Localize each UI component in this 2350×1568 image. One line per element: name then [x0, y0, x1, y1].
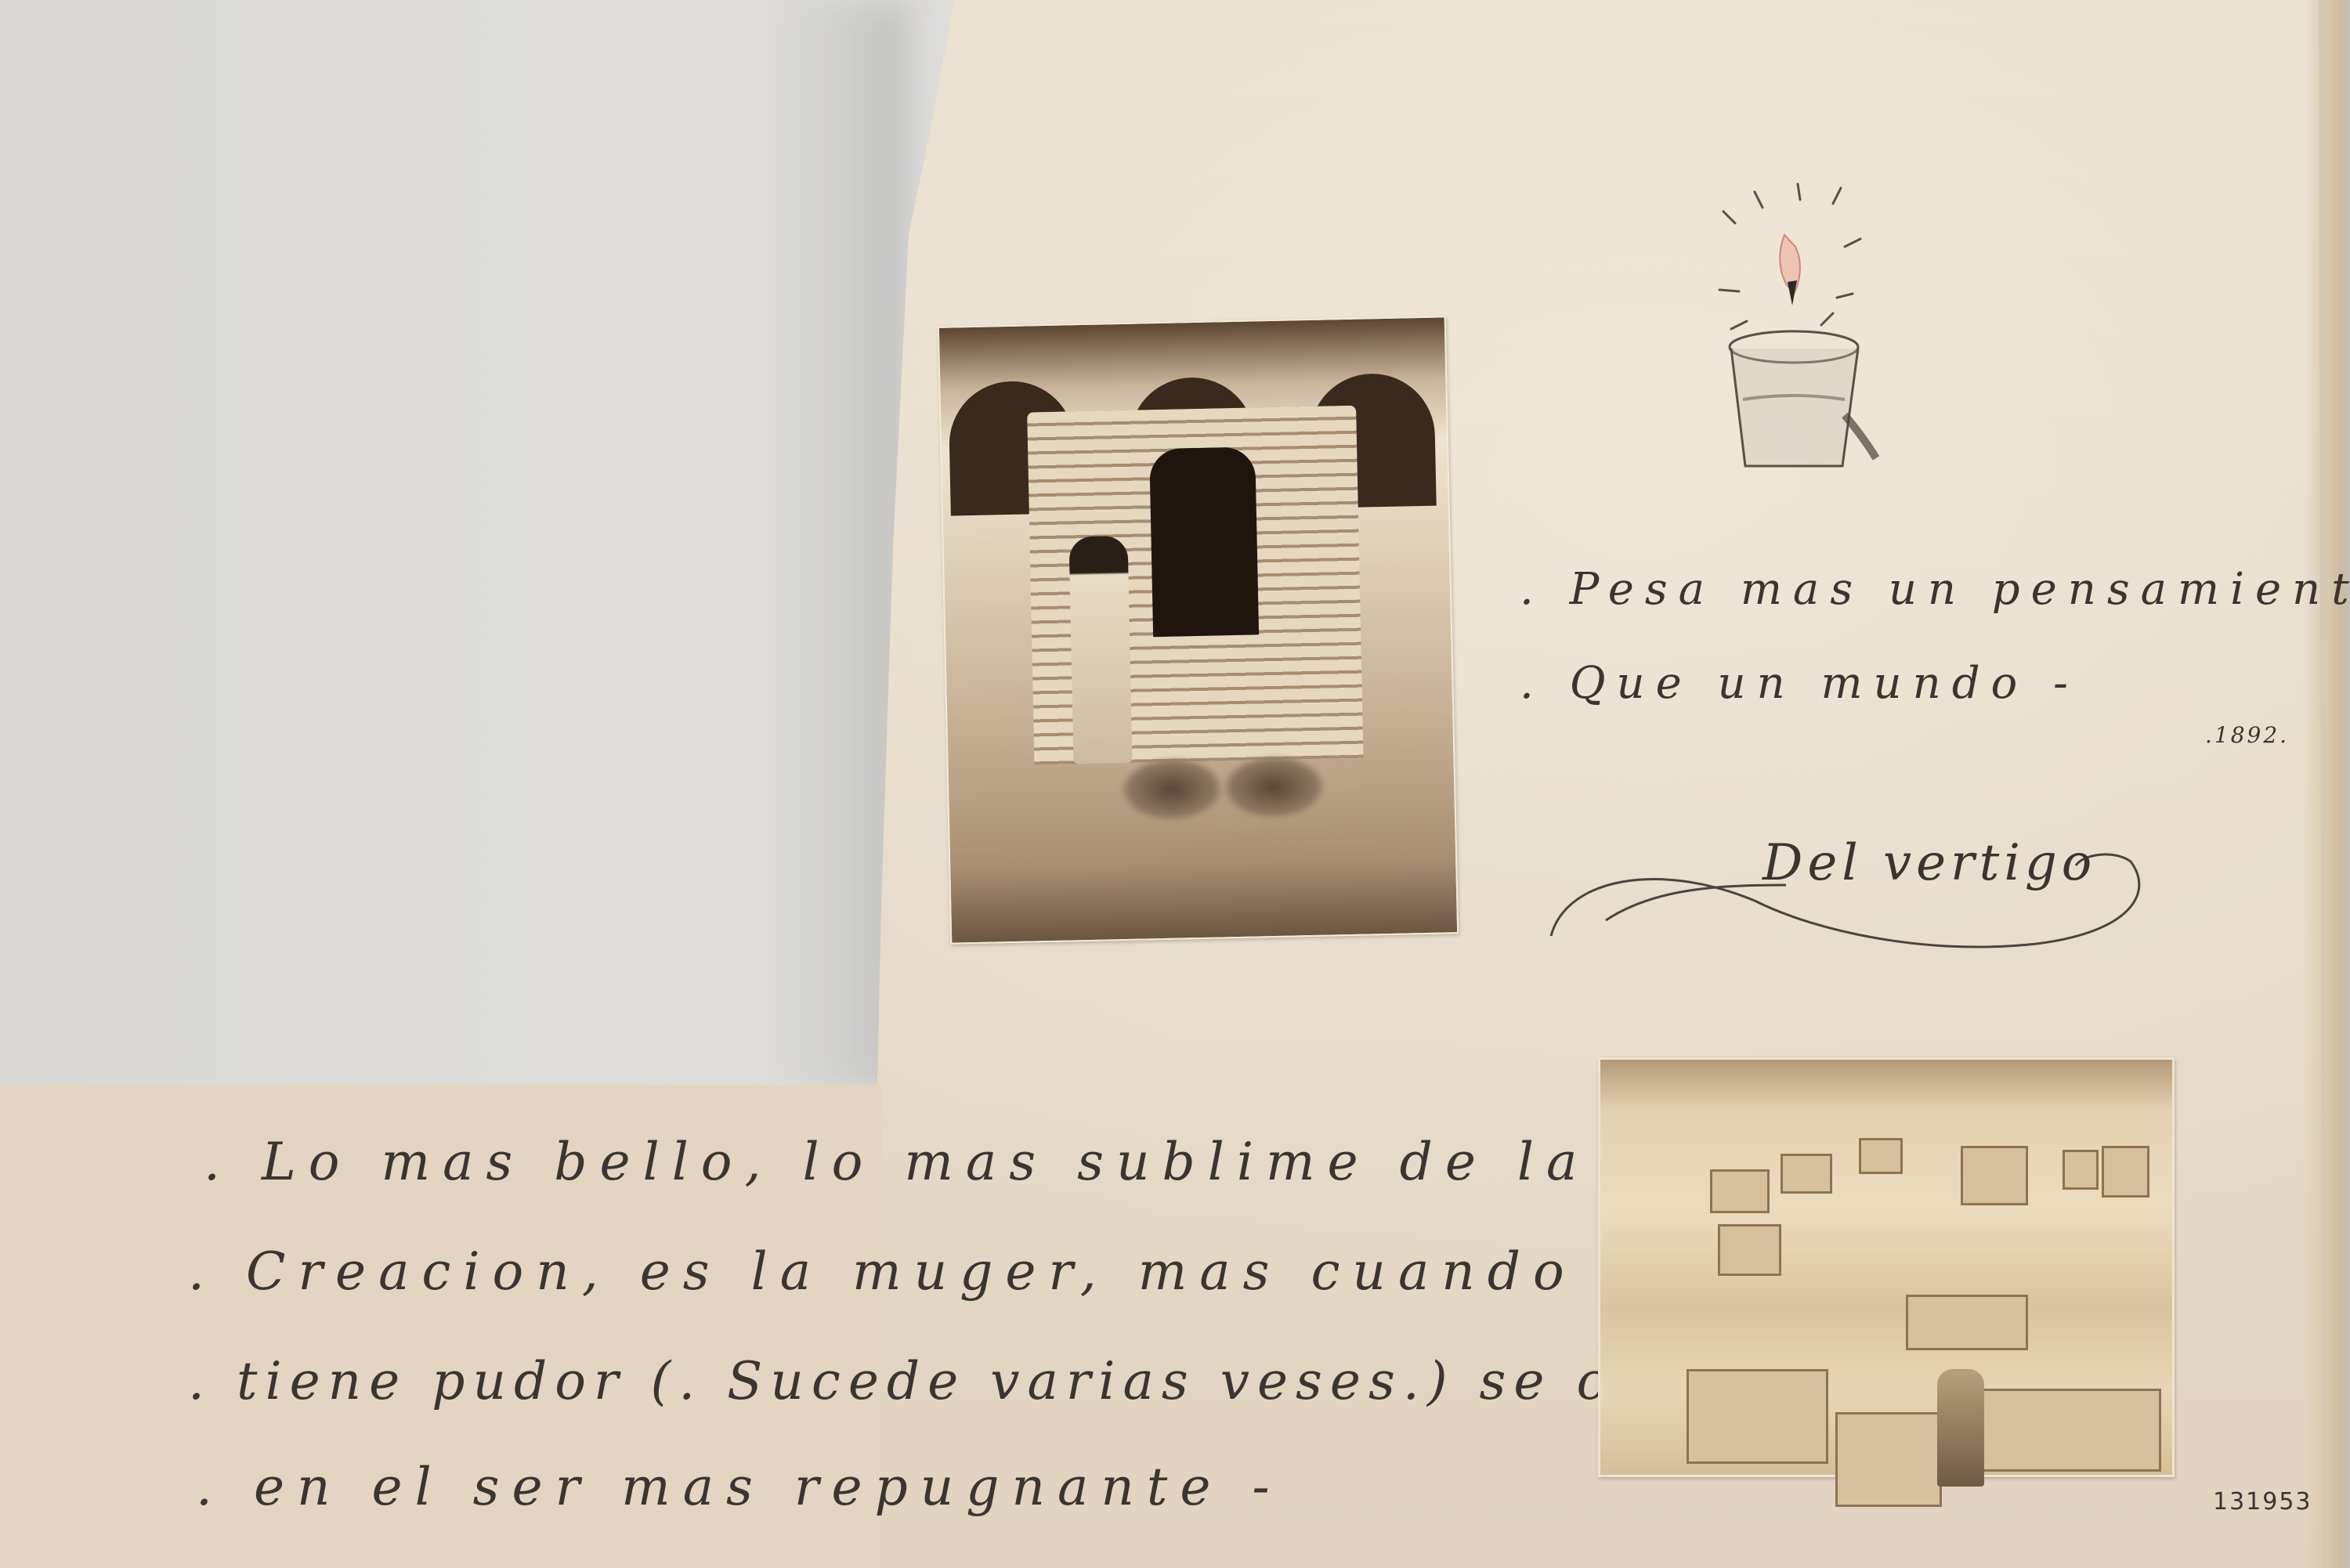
well-opening: [1149, 446, 1259, 637]
poem-signature: Del vertigo: [1762, 834, 2096, 892]
painter-figure: [1937, 1369, 1984, 1487]
painting-frame: [1835, 1412, 1942, 1507]
page-right-edge: [2303, 0, 2350, 1568]
painting-frame: [2102, 1146, 2149, 1198]
painting-frame: [1859, 1138, 1903, 1174]
goose: [1222, 755, 1325, 820]
painting-frame: [1718, 1224, 1781, 1276]
photo-studio: [1598, 1057, 2175, 1477]
painting-frame: [1781, 1154, 1832, 1194]
quote-line: . Creacion, es la muger, mas cuando no .: [188, 1241, 1753, 1302]
catalog-number: 131953: [2213, 1488, 2312, 1516]
quote-line: . en el ser mas repugnante -: [196, 1457, 1282, 1517]
painting-frame: [1961, 1146, 2028, 1205]
painting-frame: [2063, 1150, 2099, 1190]
photo-well: [938, 316, 1459, 944]
candle-sketch-icon: [1708, 180, 1896, 478]
painting-frame: [1687, 1369, 1828, 1464]
poem-year: .1892.: [2205, 722, 2289, 748]
painting-frame: [1906, 1295, 2028, 1350]
woman-figure: [1068, 536, 1132, 764]
painting-frame: [1710, 1169, 1770, 1213]
poem-line: . Que un mundo -: [1520, 658, 2079, 709]
quote-line: . Lo mas bello, lo mas sublime de la .: [204, 1132, 1647, 1192]
poem-line: . Pesa mas un pensamiento .: [1520, 564, 2350, 615]
goose: [1120, 757, 1224, 822]
